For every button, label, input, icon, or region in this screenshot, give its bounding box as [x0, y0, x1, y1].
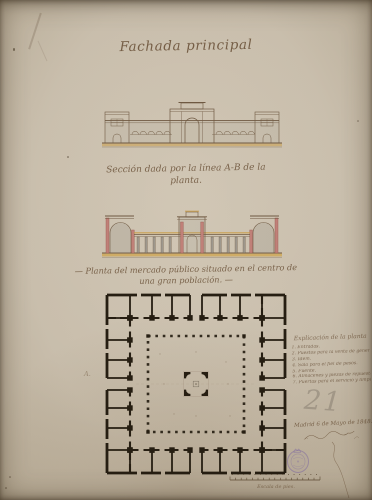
- pencil-number: 21: [303, 385, 343, 419]
- rubric-flourish: [324, 440, 352, 500]
- section-drawing: [100, 206, 284, 262]
- paper-sheet: Fachada principal: [0, 0, 372, 500]
- plan-legend: Explicación de la planta 1. Entradas. 2.…: [291, 333, 371, 387]
- plan-caption: — Planta del mercado público situado en …: [36, 261, 336, 287]
- date-line: Madrid 6 de Mayo de 1848.: [294, 419, 370, 429]
- elevation-drawing: [100, 94, 284, 152]
- speck: [357, 120, 359, 122]
- speck: [5, 487, 7, 489]
- floor-plan-drawing: [104, 292, 288, 476]
- scale-caption: Escala de pies.: [226, 484, 326, 490]
- stamp-icon: [284, 446, 312, 474]
- page-title: Fachada principal: [0, 35, 372, 57]
- legend-heading: Explicación de la planta: [291, 333, 369, 343]
- speck: [67, 156, 69, 158]
- section-marker-a: A.: [84, 370, 91, 378]
- section-caption: Sección dada por la línea A-B de la plan…: [36, 161, 336, 190]
- speck: [9, 476, 11, 478]
